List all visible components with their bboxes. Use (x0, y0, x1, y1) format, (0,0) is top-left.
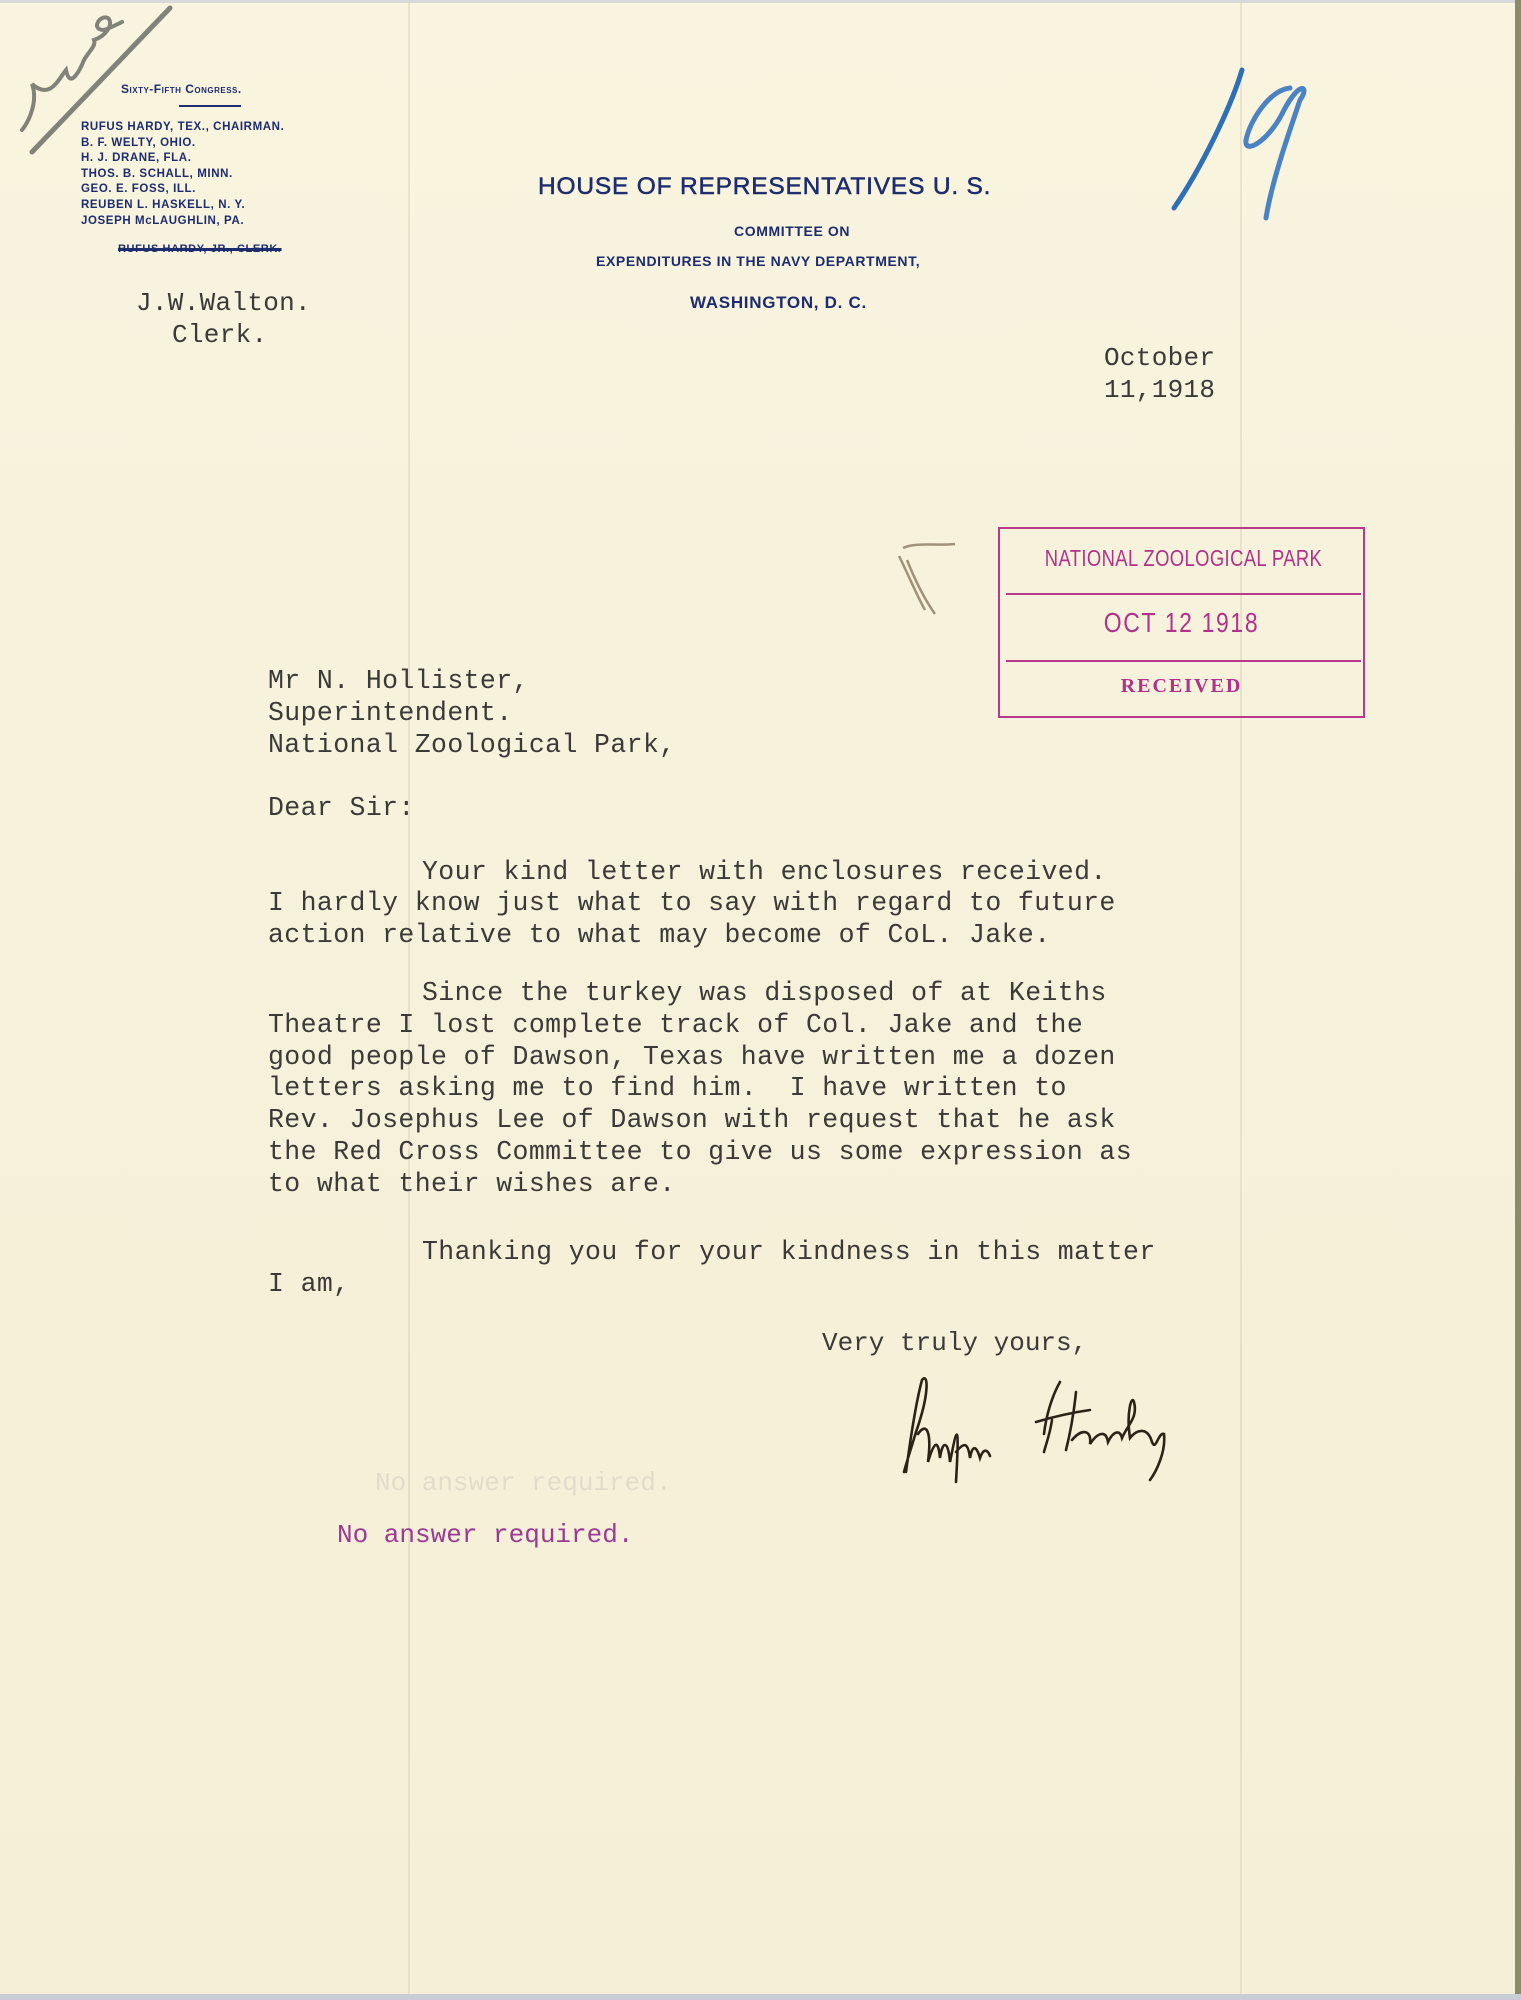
crayon-number-19-mark (1160, 60, 1340, 235)
recipient-name: Mr N. Hollister, (268, 666, 529, 696)
letterhead-city: WASHINGTON, D. C. (690, 293, 867, 313)
date-month: October (1104, 343, 1215, 373)
paragraph-line: Theatre I lost complete track of Col. Ja… (268, 1010, 1083, 1040)
paragraph-line: I am, (268, 1269, 350, 1299)
scan-edge-top (0, 0, 1521, 3)
roster-member: RUFUS HARDY, TEX., CHAIRMAN. (81, 120, 284, 136)
committee-line-1: COMMITTEE ON (734, 223, 850, 239)
paragraph-line: Rev. Josephus Lee of Dawson with request… (268, 1105, 1116, 1135)
paragraph-line: the Red Cross Committee to give us some … (268, 1137, 1132, 1167)
salutation: Dear Sir: (268, 793, 415, 823)
scan-edge-bottom (0, 1994, 1521, 2000)
stamp-status: RECEIVED (1000, 675, 1363, 698)
stamp-organization: NATIONAL ZOOLOGICAL PARK (1042, 545, 1326, 572)
paragraph-line: I hardly know just what to say with rega… (268, 888, 1116, 918)
paragraph-line: to what their wishes are. (268, 1169, 676, 1199)
paragraph-line: action relative to what may become of Co… (268, 920, 1051, 950)
congress-heading: Sixty-Fifth Congress. (121, 82, 242, 96)
committee-roster: RUFUS HARDY, TEX., CHAIRMAN. B. F. WELTY… (81, 120, 284, 229)
stamp-divider (1006, 660, 1361, 662)
stamp-divider (1006, 593, 1361, 595)
handwritten-signature: Rufus Hardy (876, 1372, 1256, 1487)
recipient-organization: National Zoological Park, (268, 730, 676, 760)
paragraph-line: Since the turkey was disposed of at Keit… (268, 978, 1107, 1008)
roster-member: GEO. E. FOSS, ILL. (81, 182, 284, 198)
closing: Very truly yours, (822, 1328, 1087, 1358)
typed-clerk-name: J.W.Walton. (136, 288, 311, 318)
letterhead-title: HOUSE OF REPRESENTATIVES U. S. (538, 173, 991, 201)
roster-member: JOSEPH McLAUGHLIN, PA. (81, 214, 284, 230)
roster-member: REUBEN L. HASKELL, N. Y. (81, 198, 284, 214)
paragraph-line: letters asking me to find him. I have wr… (268, 1073, 1067, 1103)
committee-line-2: EXPENDITURES IN THE NAVY DEPARTMENT, (596, 253, 920, 269)
roster-member: H. J. DRANE, FLA. (81, 151, 284, 167)
ink-scribble-mark (895, 540, 985, 620)
paragraph-line: good people of Dawson, Texas have writte… (268, 1042, 1116, 1072)
recipient-title: Superintendent. (268, 698, 513, 728)
no-answer-note: No answer required. (337, 1520, 633, 1550)
stamp-date: OCT 12 1918 (1033, 607, 1331, 639)
paragraph-line: Your kind letter with enclosures receive… (268, 857, 1107, 887)
roster-member: THOS. B. SCHALL, MINN. (81, 167, 284, 183)
typed-clerk-title: Clerk. (172, 320, 267, 350)
paragraph-line: Thanking you for your kindness in this m… (268, 1237, 1156, 1267)
ghost-offset-note: No answer required. (375, 1468, 671, 1498)
paper-fold (1240, 0, 1242, 1994)
roster-member: B. F. WELTY, OHIO. (81, 136, 284, 152)
date-day-year: 11,1918 (1104, 375, 1215, 405)
congress-rule (179, 105, 241, 107)
scan-edge-right (1515, 0, 1521, 2000)
struck-clerk-name: RUFUS HARDY, JR., CLERK. (118, 243, 282, 255)
received-stamp: NATIONAL ZOOLOGICAL PARK OCT 12 1918 REC… (998, 527, 1365, 718)
